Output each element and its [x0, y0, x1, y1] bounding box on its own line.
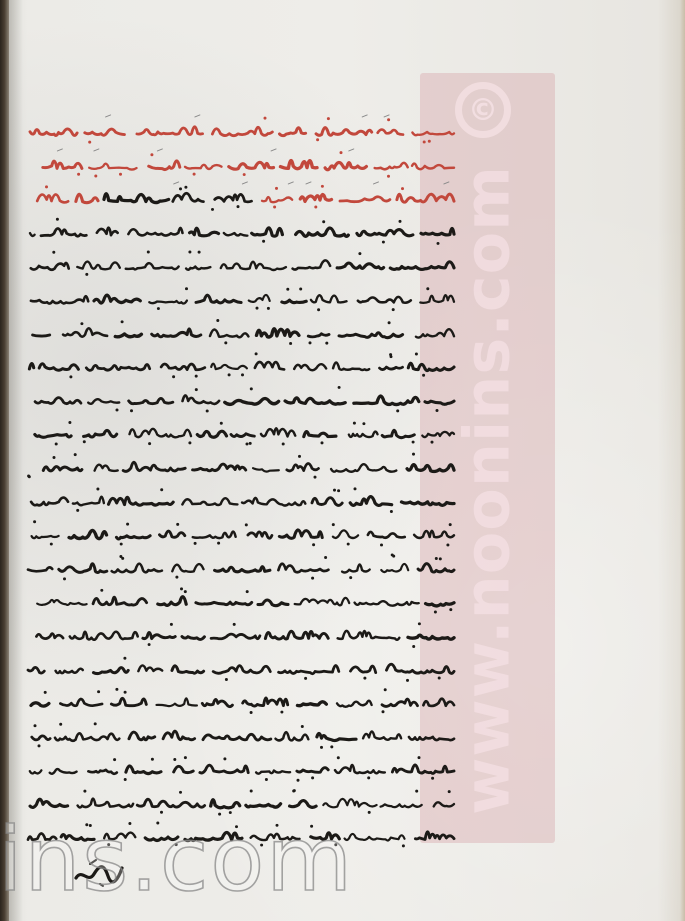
handwriting-stroke [24, 448, 456, 482]
handwriting-stroke [28, 414, 456, 448]
manuscript-line [24, 179, 456, 213]
manuscript-line [24, 347, 456, 381]
handwriting-stroke [24, 650, 456, 684]
binding-edge [0, 0, 9, 921]
watermark-vertical-text: www.noonins.com [451, 165, 524, 815]
watermark-bottom-text: ins.com [0, 808, 354, 911]
manuscript-line [24, 515, 456, 549]
handwriting-stroke [26, 314, 456, 348]
manuscript-line [24, 717, 456, 751]
handwriting-stroke [26, 146, 456, 180]
handwriting-stroke [24, 717, 456, 751]
handwriting-stroke [24, 549, 456, 583]
handwriting-stroke [24, 683, 456, 717]
manuscript-text-block [24, 112, 456, 851]
manuscript-line [24, 650, 456, 684]
copyright-icon: © [455, 82, 511, 138]
binding-shadow [9, 0, 23, 921]
manuscript-line [24, 314, 456, 348]
manuscript-line [24, 616, 456, 650]
manuscript-line [24, 213, 456, 247]
page-right-edge [680, 0, 685, 921]
handwriting-stroke [24, 347, 456, 381]
handwriting-stroke [26, 213, 456, 247]
manuscript-line [24, 112, 456, 146]
manuscript-line [24, 549, 456, 583]
handwriting-stroke [24, 381, 456, 415]
manuscript-line [24, 482, 456, 516]
handwriting-stroke [24, 515, 456, 549]
manuscript-line [24, 246, 456, 280]
handwriting-stroke [24, 280, 456, 314]
manuscript-line [24, 414, 456, 448]
manuscript-line [24, 683, 456, 717]
manuscript-line [24, 750, 456, 784]
handwriting-stroke [24, 246, 456, 280]
handwriting-stroke [24, 582, 456, 616]
manuscript-line [24, 146, 456, 180]
handwriting-stroke [24, 482, 456, 516]
handwriting-stroke [26, 616, 456, 650]
handwriting-stroke [26, 112, 456, 146]
manuscript-line [24, 582, 456, 616]
manuscript-line [24, 381, 456, 415]
manuscript-line [24, 280, 456, 314]
manuscript-line [24, 448, 456, 482]
manuscript-page: © www.noonins.com ins.com [0, 0, 685, 921]
handwriting-stroke [26, 179, 456, 213]
handwriting-stroke [24, 750, 456, 784]
